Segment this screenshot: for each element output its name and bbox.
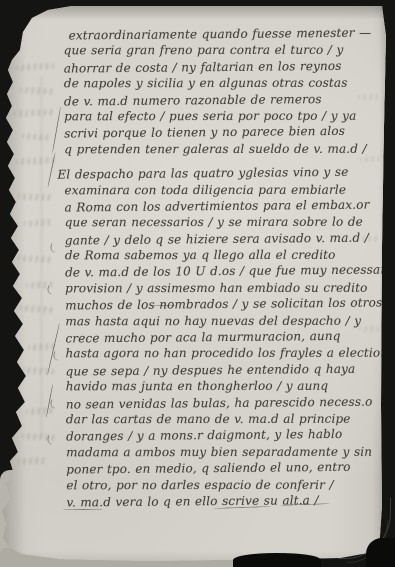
showthrough-text [22, 133, 52, 141]
text-line: que seria gran freno para contra el turc… [64, 42, 388, 59]
text-line: examinara con toda diligencia para embia… [65, 181, 389, 198]
showthrough-text [18, 255, 54, 263]
margin-tick-mark [46, 435, 54, 444]
text-line: havido mas junta en thongherloo / y aunq [66, 378, 390, 395]
manuscript-photo: extraordinariamente quando fuesse menest… [0, 0, 395, 567]
showthrough-text [14, 109, 56, 116]
text-line: El despacho para las quatro yglesias vin… [57, 164, 388, 184]
showthrough-text [20, 305, 54, 313]
text-line: ahorrar de costa / ny faltarian en los r… [64, 57, 388, 77]
margin-tick-mark [46, 285, 54, 294]
text-line: q pretenden tener galeras al sueldo de v… [64, 140, 388, 157]
manuscript-page: extraordinariamente quando fuesse menest… [0, 6, 395, 567]
text-line: de v. ma.d numero razonable de remeros [64, 90, 388, 110]
text-line: el otro, por no darles espacio de confer… [66, 476, 390, 493]
showthrough-text [20, 87, 54, 95]
text-line: muchos de los nombrados / y se solicitan… [65, 295, 389, 315]
text-line: que seran necessarios / y se mirara sobr… [65, 214, 389, 231]
text-line: mas hasta aqui no hay nuevas del despach… [65, 312, 389, 329]
paragraph-2: El despacho para las quatro yglesias vin… [56, 164, 390, 510]
showthrough-text [18, 457, 48, 464]
text-line: madama a ambos muy bien separadamente y … [66, 443, 390, 460]
showthrough-text [16, 157, 56, 165]
background-gap [233, 553, 321, 567]
text-line: doranges / y a mons.r daigmont, y les ha… [66, 426, 390, 445]
text-line: no sean venidas las bulas, ha parescido … [66, 393, 390, 413]
text-line: scrivi porque lo tienen y no parece bien… [64, 123, 388, 143]
text-line: de v. ma.d de los 10 U d.os / que fue mu… [65, 262, 389, 282]
handwritten-text-block: extraordinariamente quando fuesse menest… [56, 25, 391, 510]
text-line: hasta agora no han procedido los frayles… [66, 345, 390, 362]
text-line: poner tpo. en medio, q saliendo el uno, … [66, 459, 390, 478]
text-line: de napoles y sicilia y en algunas otras … [64, 75, 388, 92]
showthrough-text [16, 63, 54, 72]
showthrough-text [24, 219, 52, 227]
showthrough-text [18, 193, 52, 200]
showthrough-text [26, 407, 56, 415]
text-line: gante / y delo q se hiziere sera avisado… [65, 229, 389, 248]
paragraph-1: extraordinariamente quando fuesse menest… [56, 25, 389, 158]
background-gap [366, 538, 395, 567]
